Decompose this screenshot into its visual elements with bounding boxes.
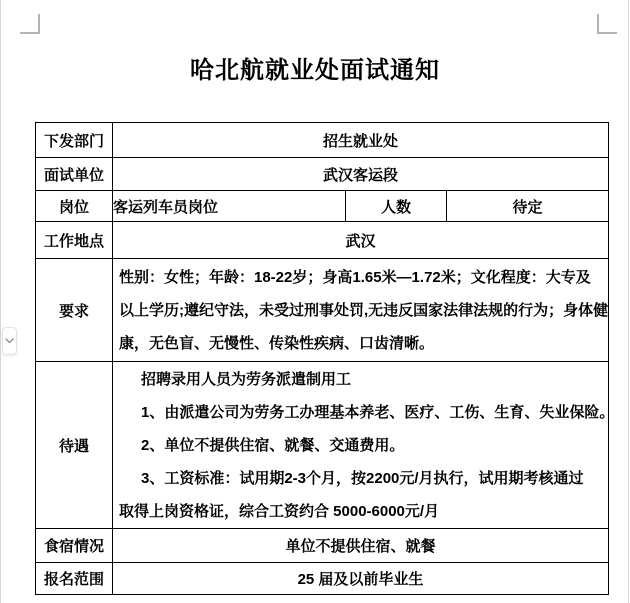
send-dept-label: 下发部门 bbox=[36, 123, 113, 158]
table-row: 岗位 客运列车员岗位 人数 待定 bbox=[36, 191, 609, 222]
treatment-value: 招聘录用人员为劳务派遣制用工 1、由派遣公司为劳务工办理基本养老、医疗、工伤、生… bbox=[113, 362, 609, 529]
interview-unit-label: 面试单位 bbox=[36, 158, 113, 191]
scope-label: 报名范围 bbox=[36, 563, 113, 595]
table-row: 报名范围 25 届及以前毕业生 bbox=[36, 563, 609, 595]
page-edge-right bbox=[628, 0, 629, 603]
send-dept-value: 招生就业处 bbox=[113, 123, 609, 158]
table-row: 面试单位 武汉客运段 bbox=[36, 158, 609, 191]
document-page: { "page": { "title": "哈北航就业处面试通知" }, "ta… bbox=[0, 0, 630, 603]
treatment-line: 2、单位不提供住宿、就餐、交通费用。 bbox=[119, 429, 604, 462]
table-row: 食宿情况 单位不提供住宿、就餐 bbox=[36, 529, 609, 563]
page-edge-left bbox=[0, 0, 1, 603]
table-row: 工作地点 武汉 bbox=[36, 222, 609, 259]
chevron-down-icon bbox=[5, 338, 14, 344]
table-row: 下发部门 招生就业处 bbox=[36, 123, 609, 158]
table-row: 要求 性别：女性；年龄：18-22岁；身高1.65米—1.72米；文化程度：大专… bbox=[36, 259, 609, 362]
treatment-line: 3、工资标准：试用期2-3个月，按2200元/月执行，试用期考核通过 bbox=[119, 462, 604, 495]
scope-value: 25 届及以前毕业生 bbox=[113, 563, 609, 595]
board-label: 食宿情况 bbox=[36, 529, 113, 563]
treatment-line: 招聘录用人员为劳务派遣制用工 bbox=[119, 363, 604, 396]
requirements-line: 性别：女性；年龄：18-22岁；身高1.65米—1.72米；文化程度：大专及 bbox=[119, 261, 604, 294]
location-value: 武汉 bbox=[113, 222, 609, 259]
requirements-line: 以上学历;遵纪守法，未受过刑事处罚,无违反国家法律法规的行为；身体健 bbox=[119, 294, 604, 327]
collapse-button[interactable] bbox=[2, 327, 17, 355]
margin-mark-top-right bbox=[597, 14, 617, 34]
margin-mark-top-left bbox=[20, 14, 40, 34]
location-label: 工作地点 bbox=[36, 222, 113, 259]
table-row: 待遇 招聘录用人员为劳务派遣制用工 1、由派遣公司为劳务工办理基本养老、医疗、工… bbox=[36, 362, 609, 529]
treatment-line: 1、由派遣公司为劳务工办理基本养老、医疗、工伤、生育、失业保险。 bbox=[119, 396, 604, 429]
treatment-label: 待遇 bbox=[36, 362, 113, 529]
board-value: 单位不提供住宿、就餐 bbox=[113, 529, 609, 563]
notice-table: 下发部门 招生就业处 面试单位 武汉客运段 岗位 客运列车员岗位 人数 待定 工… bbox=[35, 122, 609, 595]
position-value: 客运列车员岗位 bbox=[113, 191, 346, 222]
interview-unit-value: 武汉客运段 bbox=[113, 158, 609, 191]
headcount-label: 人数 bbox=[346, 191, 447, 222]
treatment-line: 取得上岗资格证，综合工资约合 5000-6000元/月 bbox=[119, 495, 604, 528]
requirements-value: 性别：女性；年龄：18-22岁；身高1.65米—1.72米；文化程度：大专及 以… bbox=[113, 259, 609, 362]
position-label: 岗位 bbox=[36, 191, 113, 222]
page-title: 哈北航就业处面试通知 bbox=[0, 50, 630, 85]
requirements-line: 康，无色盲、无慢性、传染性疾病、口齿清晰。 bbox=[119, 327, 604, 360]
requirements-label: 要求 bbox=[36, 259, 113, 362]
headcount-value: 待定 bbox=[447, 191, 609, 222]
